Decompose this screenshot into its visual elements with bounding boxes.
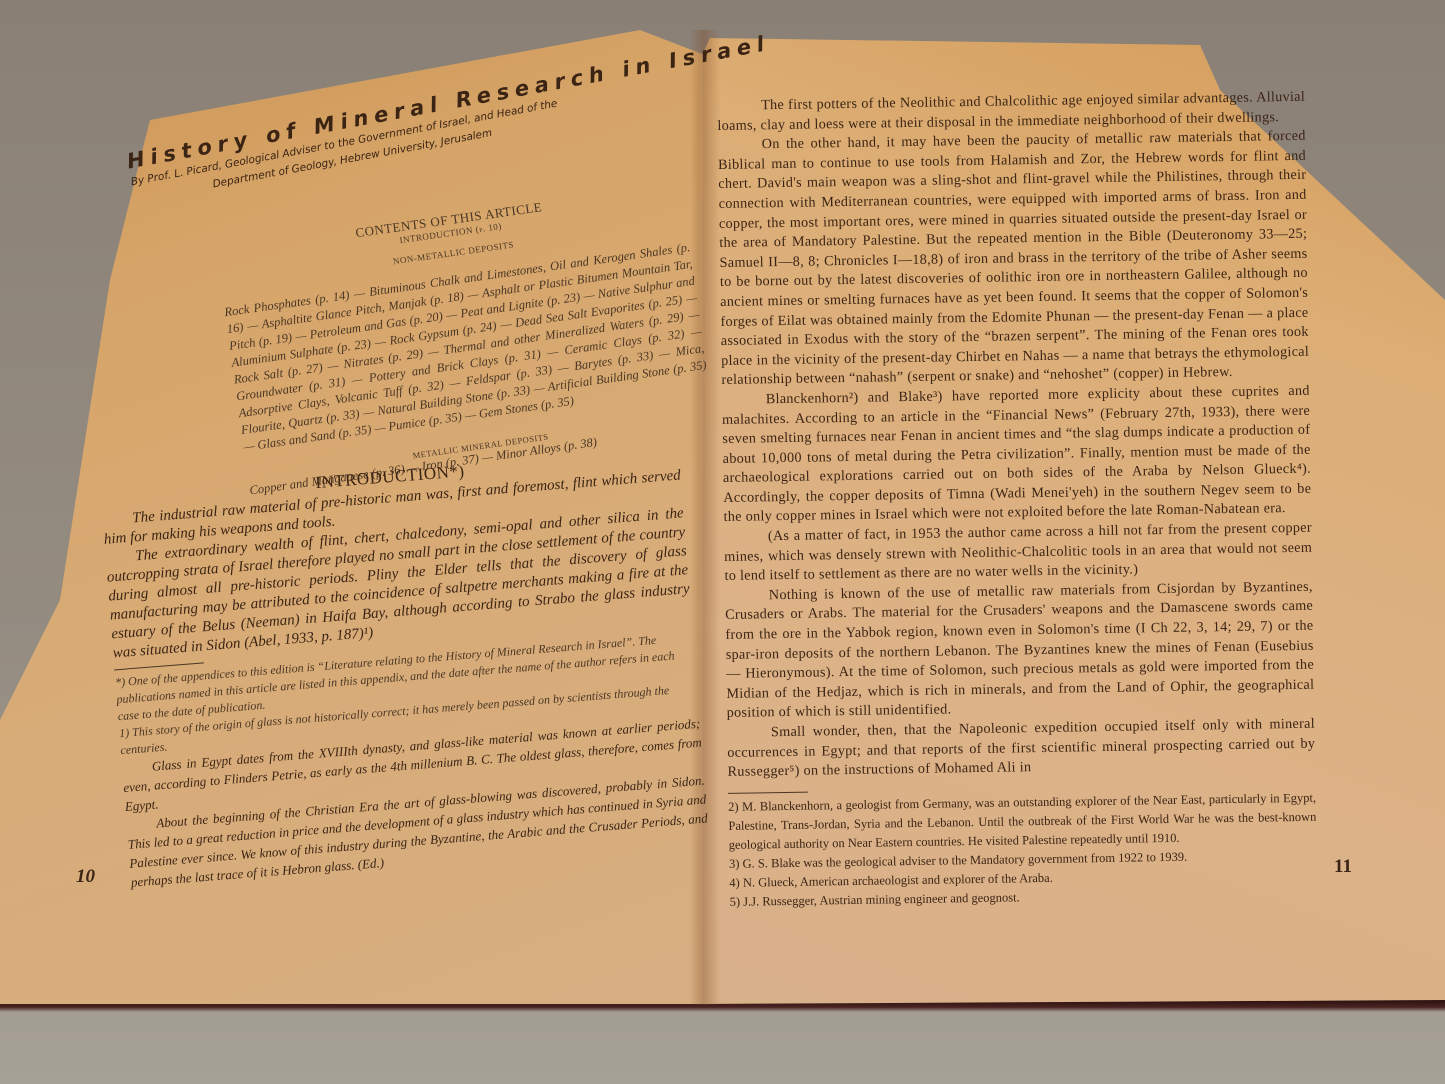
- book-gutter: [690, 30, 720, 1005]
- right-page-body: The first potters of the Neolithic and C…: [717, 88, 1318, 912]
- body-paragraph: Small wonder, then, that the Napoleonic …: [727, 715, 1316, 783]
- footnote: 2) M. Blanckenhorn, a geologist from Ger…: [728, 788, 1317, 854]
- body-paragraph: Blanckenhorn²) and Blake³) have reported…: [722, 382, 1312, 528]
- body-paragraph: On the other hand, it may have been the …: [718, 127, 1310, 391]
- footnote-divider: [728, 791, 808, 793]
- body-paragraph: (As a matter of fact, in 1953 the author…: [724, 519, 1313, 587]
- page-number-right: 11: [1334, 856, 1352, 878]
- introduction-section: INTRODUCTION*) The industrial raw materi…: [100, 444, 710, 891]
- body-paragraph: Nothing is known of the use of metallic …: [725, 578, 1315, 724]
- page-number-left: 10: [76, 866, 95, 888]
